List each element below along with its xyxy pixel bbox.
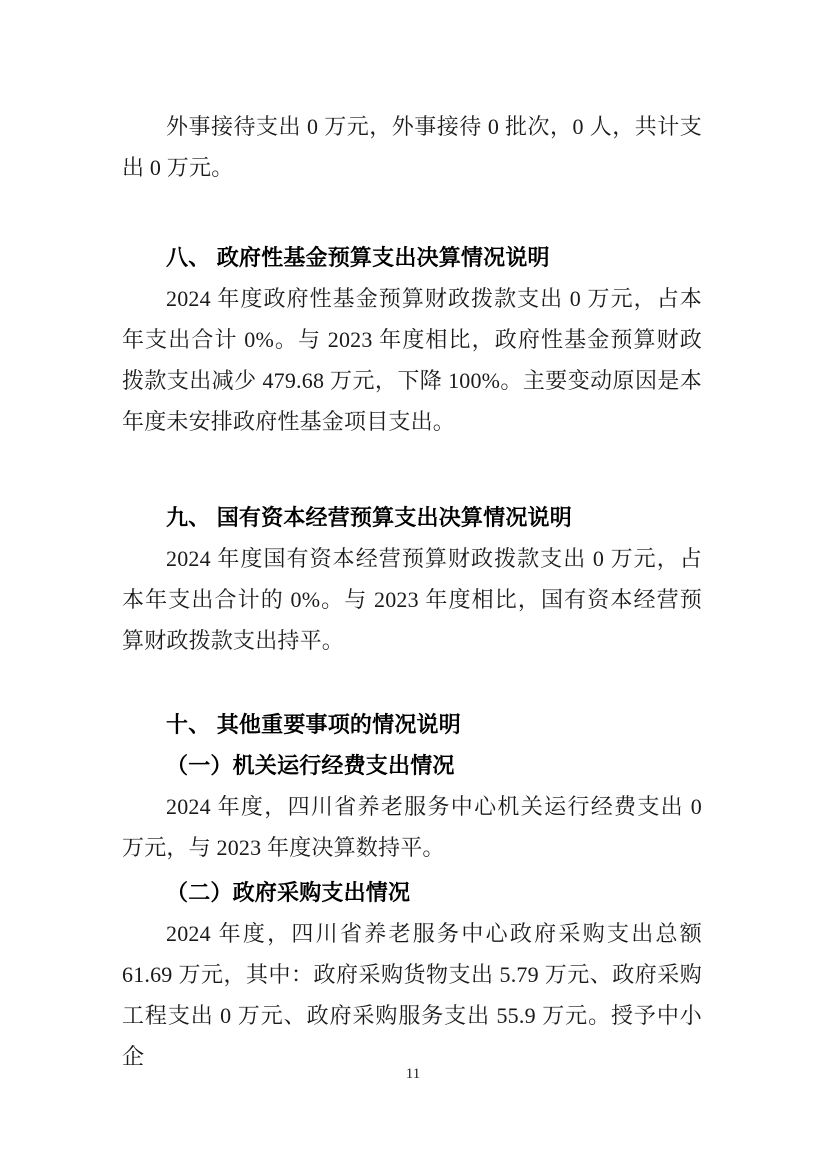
section-9-paragraph: 2024 年度国有资本经营预算财政拨款支出 0 万元，占本年支出合计的 0%。与… <box>122 538 702 661</box>
section-10-sub1-heading: （一）机关运行经费支出情况 <box>122 745 702 786</box>
paragraph-foreign-affairs-reception: 外事接待支出 0 万元，外事接待 0 批次，0 人，共计支出 0 万元。 <box>122 106 702 188</box>
document-page: 外事接待支出 0 万元，外事接待 0 批次，0 人，共计支出 0 万元。 八、 … <box>0 0 826 1169</box>
section-8-paragraph: 2024 年度政府性基金预算财政拨款支出 0 万元，占本年支出合计 0%。与 2… <box>122 278 702 442</box>
section-10-sub1-paragraph: 2024 年度，四川省养老服务中心机关运行经费支出 0 万元，与 2023 年度… <box>122 786 702 868</box>
section-9-heading: 九、 国有资本经营预算支出决算情况说明 <box>122 497 702 538</box>
section-10-sub2-paragraph: 2024 年度，四川省养老服务中心政府采购支出总额 61.69 万元，其中：政府… <box>122 913 702 1077</box>
page-content: 外事接待支出 0 万元，外事接待 0 批次，0 人，共计支出 0 万元。 八、 … <box>0 0 826 1077</box>
page-number: 11 <box>0 1063 826 1085</box>
section-10-sub2-heading: （二）政府采购支出情况 <box>122 872 702 913</box>
section-8-heading: 八、 政府性基金预算支出决算情况说明 <box>122 237 702 278</box>
section-10-heading: 十、 其他重要事项的情况说明 <box>122 704 702 745</box>
